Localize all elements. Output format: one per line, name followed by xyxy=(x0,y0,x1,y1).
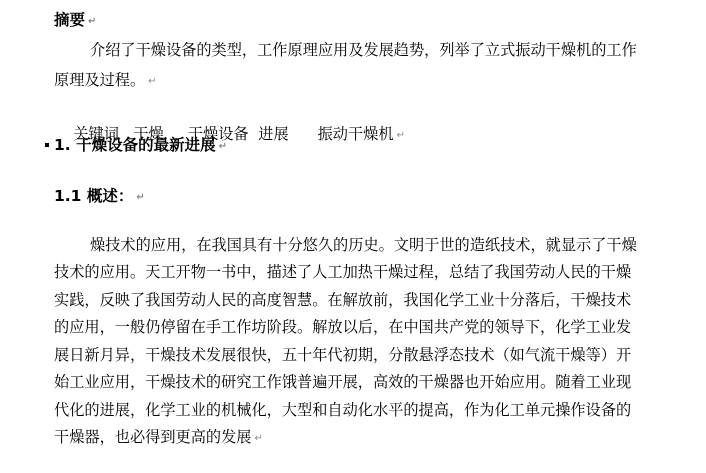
abstract-text-2: 原理及过程。 xyxy=(54,71,145,89)
abstract-title: 摘要↵ xyxy=(54,10,96,32)
body-text-2: 技术的应用。天工开物一书中，描述了人工加热干燥过程，总结了我国劳动人民的干燥 xyxy=(54,263,631,281)
paragraph-mark-icon: ↵ xyxy=(397,130,405,141)
body-line-2: 技术的应用。天工开物一书中，描述了人工加热干燥过程，总结了我国劳动人民的干燥 xyxy=(54,262,631,282)
abstract-title-text: 摘要 xyxy=(54,11,85,29)
body-text-1: 燥技术的应用，在我国具有十分悠久的历史。文明于世的造纸技术，就显示了干燥 xyxy=(90,236,637,254)
abstract-line-1: 介绍了干燥设备的类型，工作原理应用及发展趋势，列举了立式振动干燥机的工作 xyxy=(90,40,637,60)
document-page: 摘要↵ 介绍了干燥设备的类型，工作原理应用及发展趋势，列举了立式振动干燥机的工作… xyxy=(0,0,706,473)
paragraph-mark-icon: ↵ xyxy=(219,141,227,152)
abstract-line-2: 原理及过程。↵ xyxy=(54,70,157,92)
paragraph-mark-icon: ↵ xyxy=(148,76,156,87)
body-text-3: 实践，反映了我国劳动人民的高度智慧。在解放前，我国化学工业十分落后，干燥技术 xyxy=(54,291,631,309)
paragraph-mark-icon: ↵ xyxy=(88,16,96,27)
body-line-7: 代化的进展，化学工业的机械化，大型和自动化水平的提高，作为化工单元操作设备的 xyxy=(54,400,631,420)
body-text-5: 展日新月异，干燥技术发展很快，五十年代初期，分散悬浮态技术（如气流干燥等）开 xyxy=(54,346,631,364)
section-1-1-heading: 1.1 概述：↵ xyxy=(54,186,145,208)
body-text-4: 的应用，一般仍停留在手工作坊阶段。解放以后，在中国共产党的领导下，化学工业发 xyxy=(54,318,631,336)
section-1-1-heading-text: 1.1 概述： xyxy=(54,187,133,205)
body-line-6: 始工业应用，干燥技术的研究工作饿普遍开展，高效的干燥器也开始应用。随着工业现 xyxy=(54,372,631,392)
body-line-3: 实践，反映了我国劳动人民的高度智慧。在解放前，我国化学工业十分落后，干燥技术 xyxy=(54,290,631,310)
bullet-marker-icon xyxy=(45,143,49,147)
section-1-heading: 1. 干燥设备的最新进展↵ xyxy=(54,135,227,157)
paragraph-mark-icon: ↵ xyxy=(254,433,262,444)
body-line-1: 燥技术的应用，在我国具有十分悠久的历史。文明于世的造纸技术，就显示了干燥 xyxy=(90,235,637,255)
body-line-5: 展日新月异，干燥技术发展很快，五十年代初期，分散悬浮态技术（如气流干燥等）开 xyxy=(54,345,631,365)
body-text-7: 代化的进展，化学工业的机械化，大型和自动化水平的提高，作为化工单元操作设备的 xyxy=(54,401,631,419)
paragraph-mark-icon: ↵ xyxy=(136,192,144,203)
abstract-text-1: 介绍了干燥设备的类型，工作原理应用及发展趋势，列举了立式振动干燥机的工作 xyxy=(90,41,637,59)
body-text-6: 始工业应用，干燥技术的研究工作饿普遍开展，高效的干燥器也开始应用。随着工业现 xyxy=(54,373,631,391)
body-text-8: 干燥器，也必得到更高的发展 xyxy=(54,428,251,446)
body-line-4: 的应用，一般仍停留在手工作坊阶段。解放以后，在中国共产党的领导下，化学工业发 xyxy=(54,317,631,337)
section-1-heading-text: 1. 干燥设备的最新进展 xyxy=(54,136,216,154)
body-line-8: 干燥器，也必得到更高的发展↵ xyxy=(54,427,263,449)
